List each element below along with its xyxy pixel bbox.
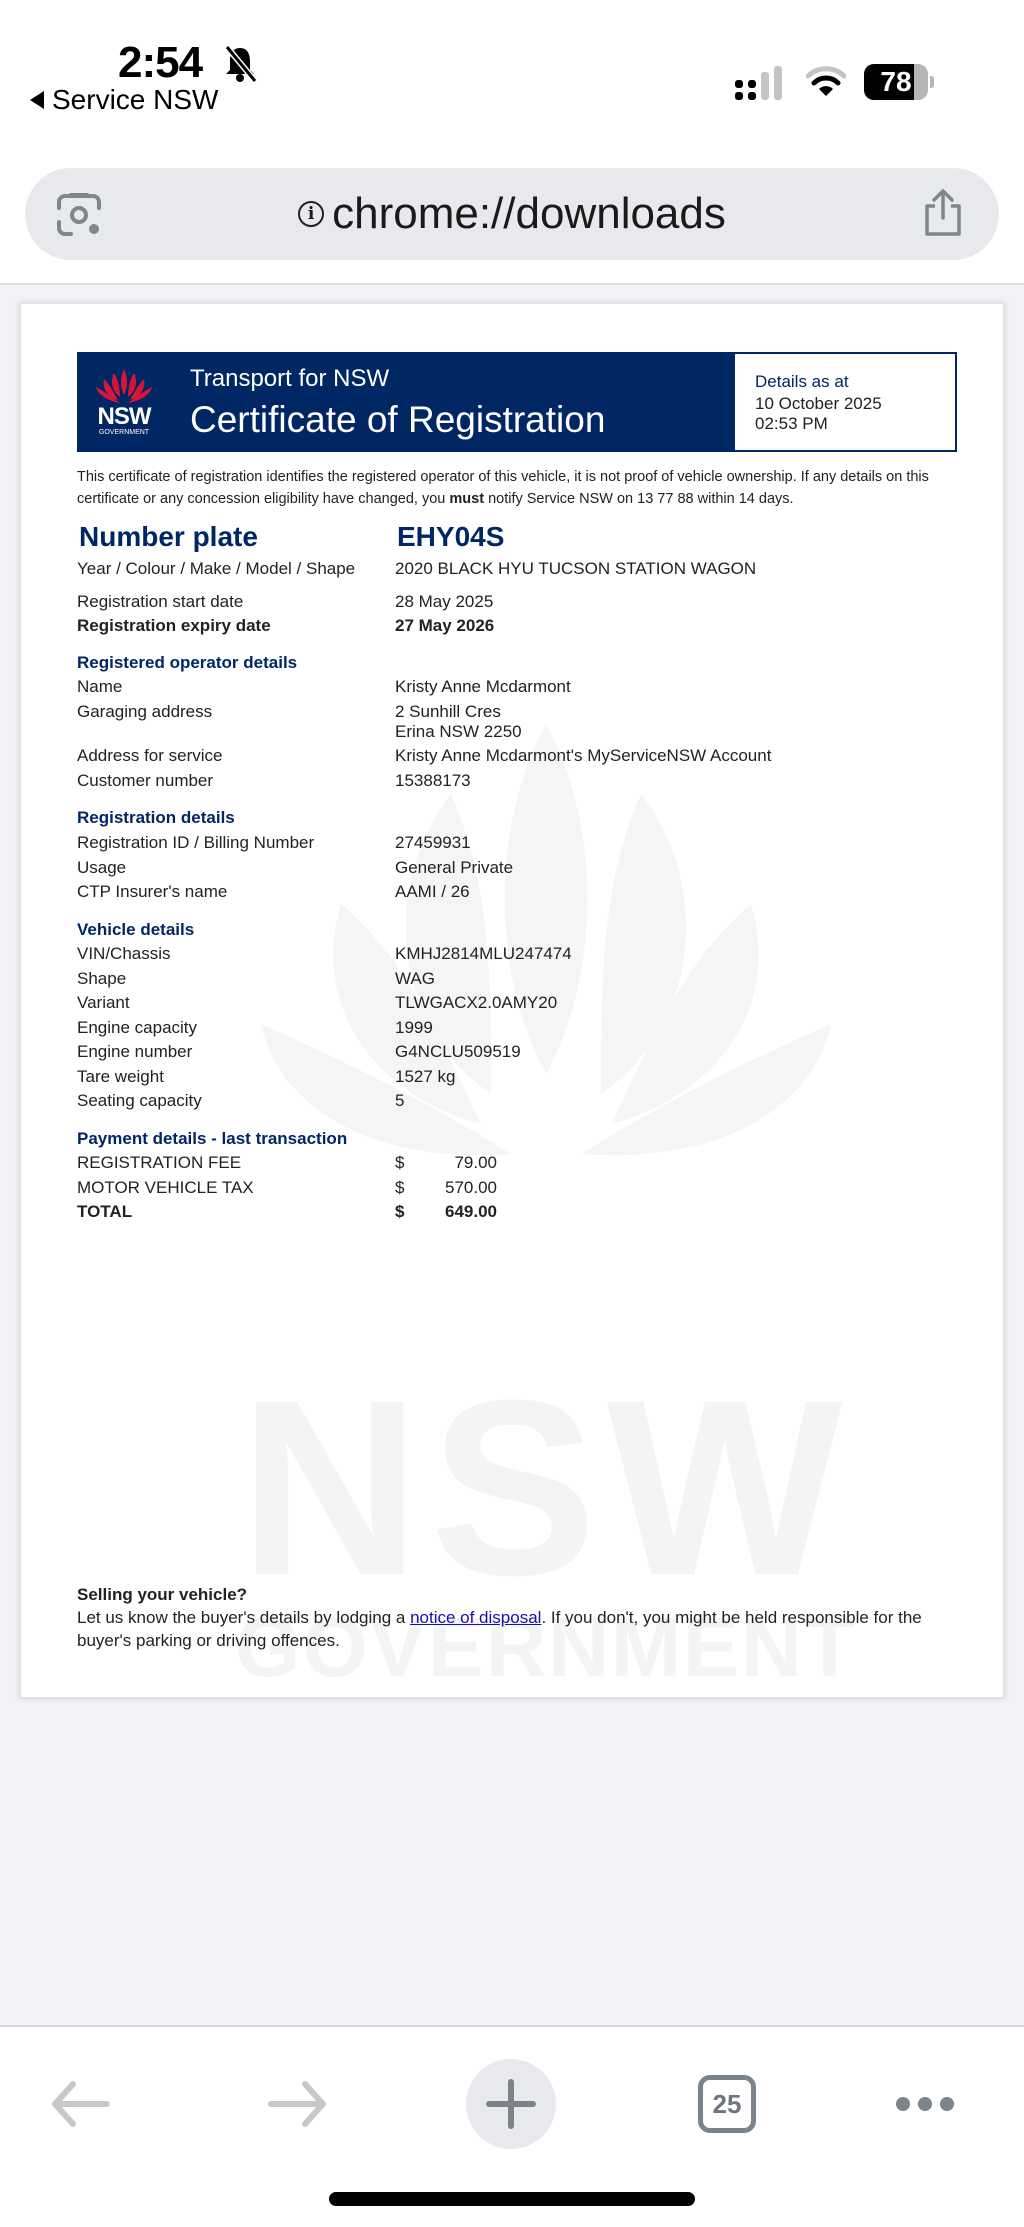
wifi-icon xyxy=(806,64,846,98)
address-bar[interactable]: i chrome://downloads xyxy=(25,168,999,260)
url-display[interactable]: i chrome://downloads xyxy=(25,168,999,260)
watermark-nsw-text: NSW xyxy=(221,1344,871,1631)
arrow-right-icon xyxy=(265,2079,329,2129)
cellular-signal-icon xyxy=(733,66,787,102)
selling-vehicle-heading: Selling your vehicle? xyxy=(77,1585,247,1605)
back-button[interactable] xyxy=(36,2059,126,2149)
waratah-icon xyxy=(92,367,156,405)
number-plate-value: EHY04S xyxy=(397,521,504,553)
selling-vehicle-text: Let us know the buyer's details by lodgi… xyxy=(77,1606,967,1652)
nsw-government-logo: NSW GOVERNMENT xyxy=(92,367,156,441)
more-dots-icon xyxy=(893,2094,957,2114)
certificate-document: NSW GOVERNMENT NSW GOVERNMENT xyxy=(20,303,1004,1698)
url-text: chrome://downloads xyxy=(332,189,726,239)
status-time: 2:54 xyxy=(118,38,202,88)
nsw-watermark: NSW GOVERNMENT xyxy=(221,644,871,1694)
status-bar: 2:54 Service NSW 78 xyxy=(0,0,1024,130)
more-menu-button[interactable] xyxy=(880,2059,970,2149)
details-as-at-box: Details as at 10 October 2025 02:53 PM xyxy=(734,353,956,451)
certificate-title: Certificate of Registration xyxy=(190,399,605,441)
arrow-left-icon xyxy=(49,2079,113,2129)
section-heading-registration: Registration details xyxy=(77,808,235,828)
plus-icon xyxy=(486,2079,536,2129)
browser-address-area: i chrome://downloads xyxy=(0,130,1024,285)
bottom-toolbar: 25 xyxy=(0,2025,1024,2227)
info-icon[interactable]: i xyxy=(298,201,324,227)
details-time: 02:53 PM xyxy=(755,414,955,434)
details-date: 10 October 2025 xyxy=(755,394,955,414)
logo-nsw-text: NSW xyxy=(92,403,156,431)
back-triangle-icon xyxy=(30,91,44,109)
logo-government-text: GOVERNMENT xyxy=(92,429,156,436)
section-heading-payment: Payment details - last transaction xyxy=(77,1129,347,1149)
certificate-header: NSW GOVERNMENT Transport for NSW Certifi… xyxy=(77,352,957,452)
new-tab-button[interactable] xyxy=(466,2059,556,2149)
tab-count: 25 xyxy=(698,2075,756,2133)
agency-name: Transport for NSW xyxy=(190,365,389,393)
number-plate-label: Number plate xyxy=(79,521,258,553)
notice-of-disposal-link[interactable]: notice of disposal xyxy=(410,1608,541,1627)
back-to-app-link[interactable]: Service NSW xyxy=(30,84,218,116)
bell-slash-icon xyxy=(222,44,258,84)
screen: 2:54 Service NSW 78 xyxy=(0,0,1024,2227)
forward-button[interactable] xyxy=(252,2059,342,2149)
section-heading-vehicle: Vehicle details xyxy=(77,920,194,940)
share-icon[interactable] xyxy=(921,188,965,238)
battery-percent: 78 xyxy=(864,64,928,100)
section-heading-operator: Registered operator details xyxy=(77,653,297,673)
ownership-notice: This certificate of registration identif… xyxy=(77,466,967,510)
home-indicator[interactable] xyxy=(329,2192,695,2206)
tab-switcher-button[interactable]: 25 xyxy=(682,2059,772,2149)
battery-icon: 78 xyxy=(864,64,934,100)
details-as-at-label: Details as at xyxy=(755,372,955,392)
back-app-name: Service NSW xyxy=(52,84,218,116)
